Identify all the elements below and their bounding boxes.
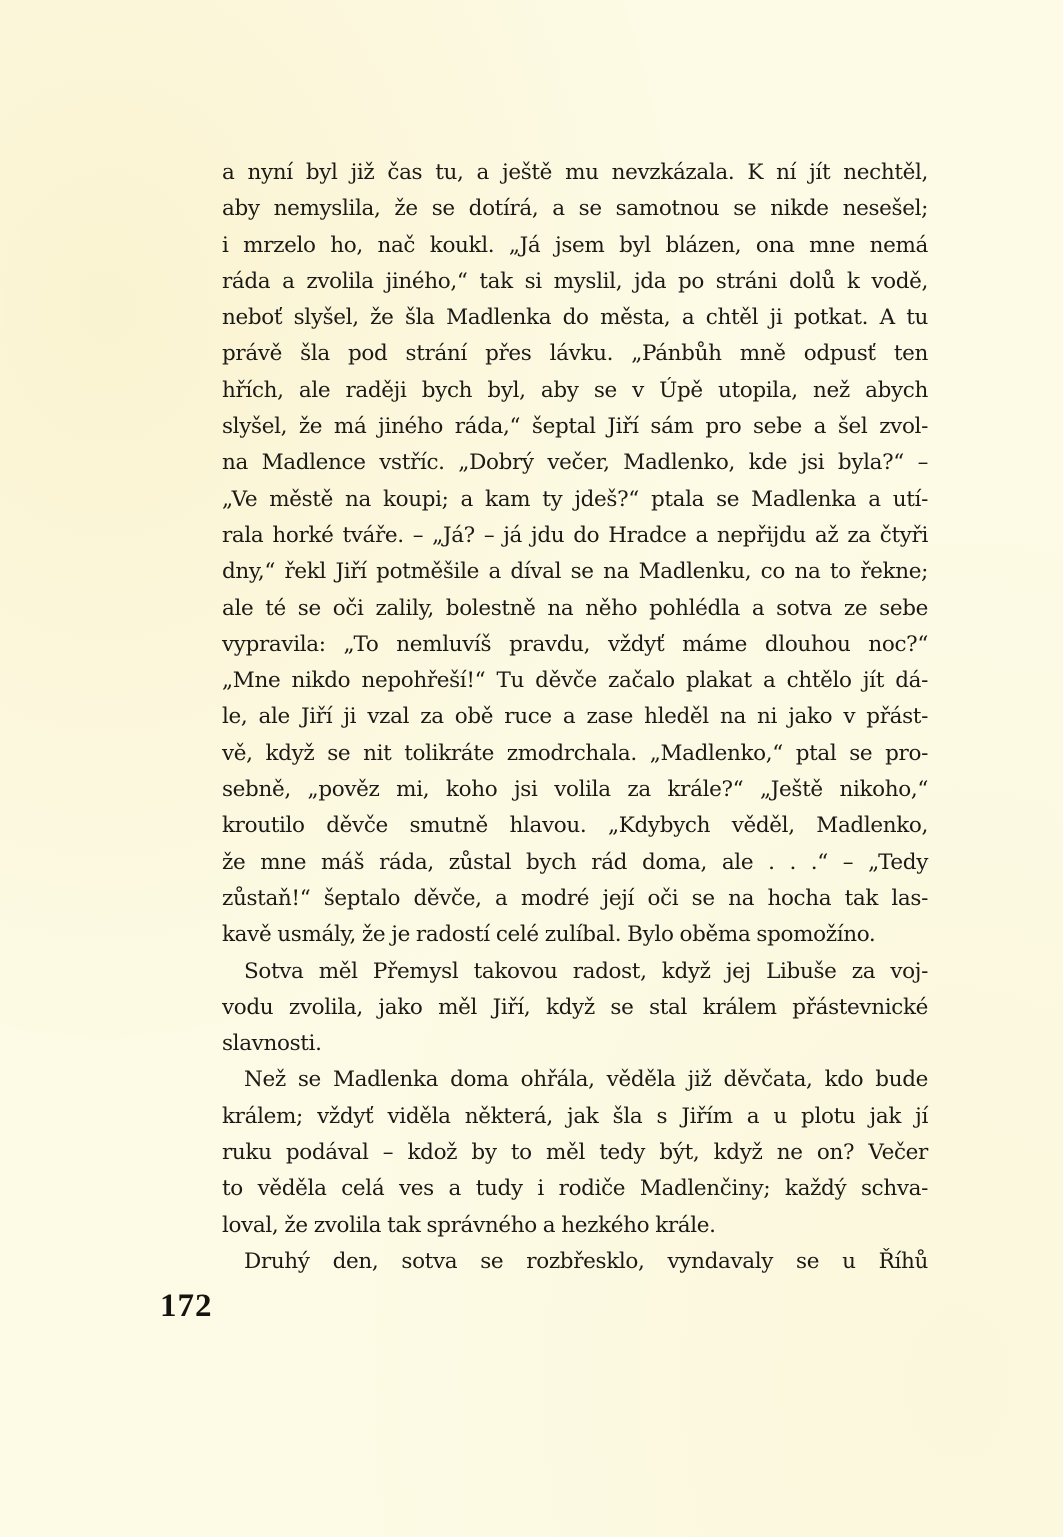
text-line: Než se Madlenka doma ohřála, věděla již … (222, 1062, 928, 1098)
text-line: aby nemyslila, že se dotírá, a se samotn… (222, 191, 928, 227)
text-line: zůstaň!“ šeptalo děvče, a modré její oči… (222, 881, 928, 917)
text-line: Sotva měl Přemysl takovou radost, když j… (222, 954, 928, 990)
text-line: hřích, ale raději bych byl, aby se v Úpě… (222, 373, 928, 409)
text-line: ale té se oči zalily, bolestně na něho p… (222, 591, 928, 627)
text-line: ráda a zvolila jiného,“ tak si myslil, j… (222, 264, 928, 300)
text-line: dny,“ řekl Jiří potměšile a díval se na … (222, 554, 928, 590)
text-line: rala horké tváře. – „Já? – já jdu do Hra… (222, 518, 928, 554)
text-line: „Ve městě na koupi; a kam ty jdeš?“ ptal… (222, 482, 928, 518)
text-line: slavnosti. (222, 1026, 928, 1062)
text-line: králem; vždyť viděla některá, jak šla s … (222, 1099, 928, 1135)
text-line: že mne máš ráda, zůstal bych rád doma, a… (222, 845, 928, 881)
text-line: kroutilo děvče smutně hlavou. „Kdybych v… (222, 808, 928, 844)
book-page-text: a nyní byl již čas tu, a ještě mu nevzká… (222, 155, 928, 1280)
text-line: „Mne nikdo nepohřeší!“ Tu děvče začalo p… (222, 663, 928, 699)
text-line: le, ale Jiří ji vzal za obě ruce a zase … (222, 699, 928, 735)
text-line: ruku podával – kdož by to měl tedy být, … (222, 1135, 928, 1171)
text-line: a nyní byl již čas tu, a ještě mu nevzká… (222, 155, 928, 191)
text-line: sebně, „pověz mi, koho jsi volila za krá… (222, 772, 928, 808)
text-line: kavě usmály, že je radostí celé zulíbal.… (222, 917, 928, 953)
page-number: 172 (160, 1288, 213, 1325)
text-line: to věděla celá ves a tudy i rodiče Madle… (222, 1171, 928, 1207)
text-line: i mrzelo ho, nač koukl. „Já jsem byl blá… (222, 228, 928, 264)
text-line: slyšel, že má jiného ráda,“ šeptal Jiří … (222, 409, 928, 445)
text-line: právě šla pod strání přes lávku. „Pánbůh… (222, 336, 928, 372)
text-line: loval, že zvolila tak správného a hezkéh… (222, 1208, 928, 1244)
text-line: vě, když se nit tolikráte zmodrchala. „M… (222, 736, 928, 772)
text-line: vodu zvolila, jako měl Jiří, když se sta… (222, 990, 928, 1026)
text-line: Druhý den, sotva se rozbřesklo, vyndaval… (222, 1244, 928, 1280)
text-line: na Madlence vstříc. „Dobrý večer, Madlen… (222, 445, 928, 481)
text-line: neboť slyšel, že šla Madlenka do města, … (222, 300, 928, 336)
text-line: vypravila: „To nemluvíš pravdu, vždyť má… (222, 627, 928, 663)
